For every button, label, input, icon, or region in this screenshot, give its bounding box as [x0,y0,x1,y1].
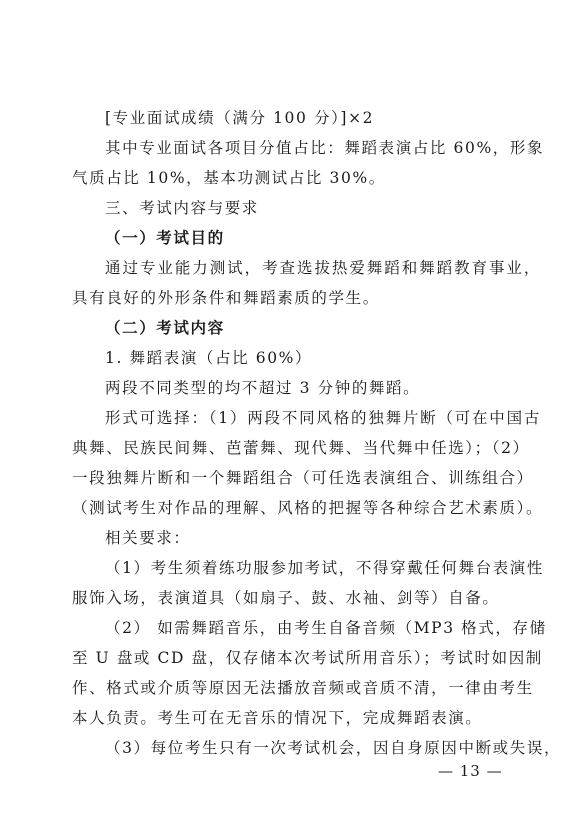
item-heading: 1. 舞蹈表演（占比 60%） [105,348,541,368]
paragraph-line: （2） 如需舞蹈音乐，由考生自备音频（MP3 格式，存储 [105,618,541,638]
paragraph-line: 一段独舞片断和一个舞蹈组合（可任选表演组合、训练组合） [72,468,508,488]
subsection-heading: （一）考试目的 [105,228,541,248]
paragraph-line: 通过专业能力测试，考查选拔热爱舞蹈和舞蹈教育事业， [105,258,541,278]
document-page: [专业面试成绩（满分 100 分）]×2 其中专业面试各项目分值占比：舞蹈表演占… [0,0,583,834]
paragraph-line: 相关要求： [105,528,541,548]
paragraph-line: 本人负责。考生可在无音乐的情况下，完成舞蹈表演。 [72,708,508,728]
paragraph-line: 至 U 盘或 CD 盘，仅存储本次考试所用音乐）；考试时如因制 [72,648,508,668]
paragraph-line: 形式可选择：（1）两段不同风格的独舞片断（可在中国古 [105,408,541,428]
paragraph-line: 典舞、民族民间舞、芭蕾舞、现代舞、当代舞中任选）；（2） [72,438,508,458]
section-heading: 三、考试内容与要求 [105,198,541,218]
paragraph-line: 其中专业面试各项目分值占比：舞蹈表演占比 60%，形象 [105,138,541,158]
score-formula-line: [专业面试成绩（满分 100 分）]×2 [105,108,541,128]
paragraph-line: （1）考生须着练功服参加考试，不得穿戴任何舞台表演性 [105,558,541,578]
paragraph-line: 气质占比 10%，基本功测试占比 30%。 [72,168,508,188]
paragraph-line: 具有良好的外形条件和舞蹈素质的学生。 [72,288,508,308]
paragraph-line: （测试考生对作品的理解、风格的把握等各种综合艺术素质）。 [72,498,508,518]
paragraph-line: （3）每位考生只有一次考试机会，因自身原因中断或失误， [105,738,541,758]
paragraph-line: 作、格式或介质等原因无法播放音频或音质不清，一律由考生 [72,678,508,698]
page-number: — 13 — [438,762,503,780]
paragraph-line: 服饰入场，表演道具（如扇子、鼓、水袖、剑等）自备。 [72,588,508,608]
paragraph-line: 两段不同类型的均不超过 3 分钟的舞蹈。 [105,378,541,398]
subsection-heading: （二）考试内容 [105,318,541,338]
